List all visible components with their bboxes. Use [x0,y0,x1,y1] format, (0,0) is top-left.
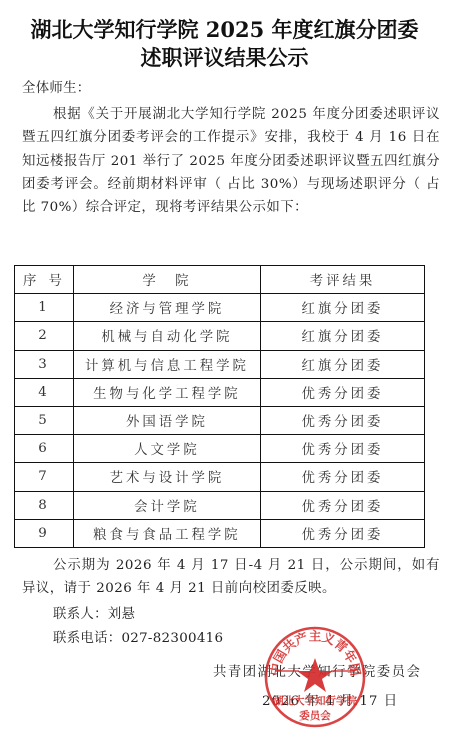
cell-seq: 3 [15,350,74,378]
cell-college: 机械与自动化学院 [73,322,260,350]
table-row: 5 外国语学院 优秀分团委 [15,406,425,434]
salutation: 全体师生： [22,77,90,96]
title-line-2: 述职评议结果公示 [0,42,449,72]
results-table: 序 号 学 院 考评结果 1 经济与管理学院 红旗分团委 2 机械与自动化学院 … [14,265,425,548]
table-row: 1 经济与管理学院 红旗分团委 [15,294,425,322]
cell-college: 会计学院 [73,491,260,519]
cell-result: 优秀分团委 [260,435,424,463]
cell-result: 优秀分团委 [260,406,424,434]
cell-result: 红旗分团委 [260,294,424,322]
contact-phone: 联系电话：027-82300416 [53,627,223,646]
cell-seq: 5 [15,406,74,434]
cell-result: 红旗分团委 [260,322,424,350]
cell-seq: 7 [15,463,74,491]
table-row: 7 艺术与设计学院 优秀分团委 [15,463,425,491]
cell-seq: 4 [15,378,74,406]
signature-date: 2026 年 4 月 17 日 [262,690,398,709]
table-row: 4 生物与化学工程学院 优秀分团委 [15,378,425,406]
header-result: 考评结果 [260,266,424,294]
cell-result: 优秀分团委 [260,519,424,547]
cell-college: 粮食与食品工程学院 [73,519,260,547]
header-seq: 序 号 [15,266,74,294]
table-row: 3 计算机与信息工程学院 红旗分团委 [15,350,425,378]
cell-college: 艺术与设计学院 [73,463,260,491]
cell-seq: 2 [15,322,74,350]
table-row: 8 会计学院 优秀分团委 [15,491,425,519]
header-seq-a: 序 [23,270,39,289]
cell-college: 人文学院 [73,435,260,463]
table-row: 2 机械与自动化学院 红旗分团委 [15,322,425,350]
cell-seq: 1 [15,294,74,322]
notice-paragraph: 公示期为 2026 年 4 月 17 日-4 月 21 日，公示期间，如有异议，… [22,554,440,600]
cell-seq: 6 [15,435,74,463]
cell-seq: 8 [15,491,74,519]
header-college: 学 院 [73,266,260,294]
cell-result: 优秀分团委 [260,463,424,491]
table-row: 6 人文学院 优秀分团委 [15,435,425,463]
cell-college: 生物与化学工程学院 [73,378,260,406]
header-seq-b: 号 [49,270,65,289]
title-line-1: 湖北大学知行学院 2025 年度红旗分团委 [0,14,449,44]
contact-person: 联系人：刘悬 [53,603,135,622]
cell-college: 经济与管理学院 [73,294,260,322]
seal-bottom-text: 委员会 [299,709,331,722]
cell-college: 计算机与信息工程学院 [73,350,260,378]
signature-org: 共青团湖北大学知行学院委员会 [213,661,421,680]
cell-seq: 9 [15,519,74,547]
cell-result: 红旗分团委 [260,350,424,378]
cell-result: 优秀分团委 [260,491,424,519]
table-row: 9 粮食与食品工程学院 优秀分团委 [15,519,425,547]
table-header-row: 序 号 学 院 考评结果 [15,266,425,294]
cell-result: 优秀分团委 [260,378,424,406]
cell-college: 外国语学院 [73,406,260,434]
intro-paragraph: 根据《关于开展湖北大学知行学院 2025 年度分团委述职评议暨五四红旗分团委考评… [22,103,440,219]
